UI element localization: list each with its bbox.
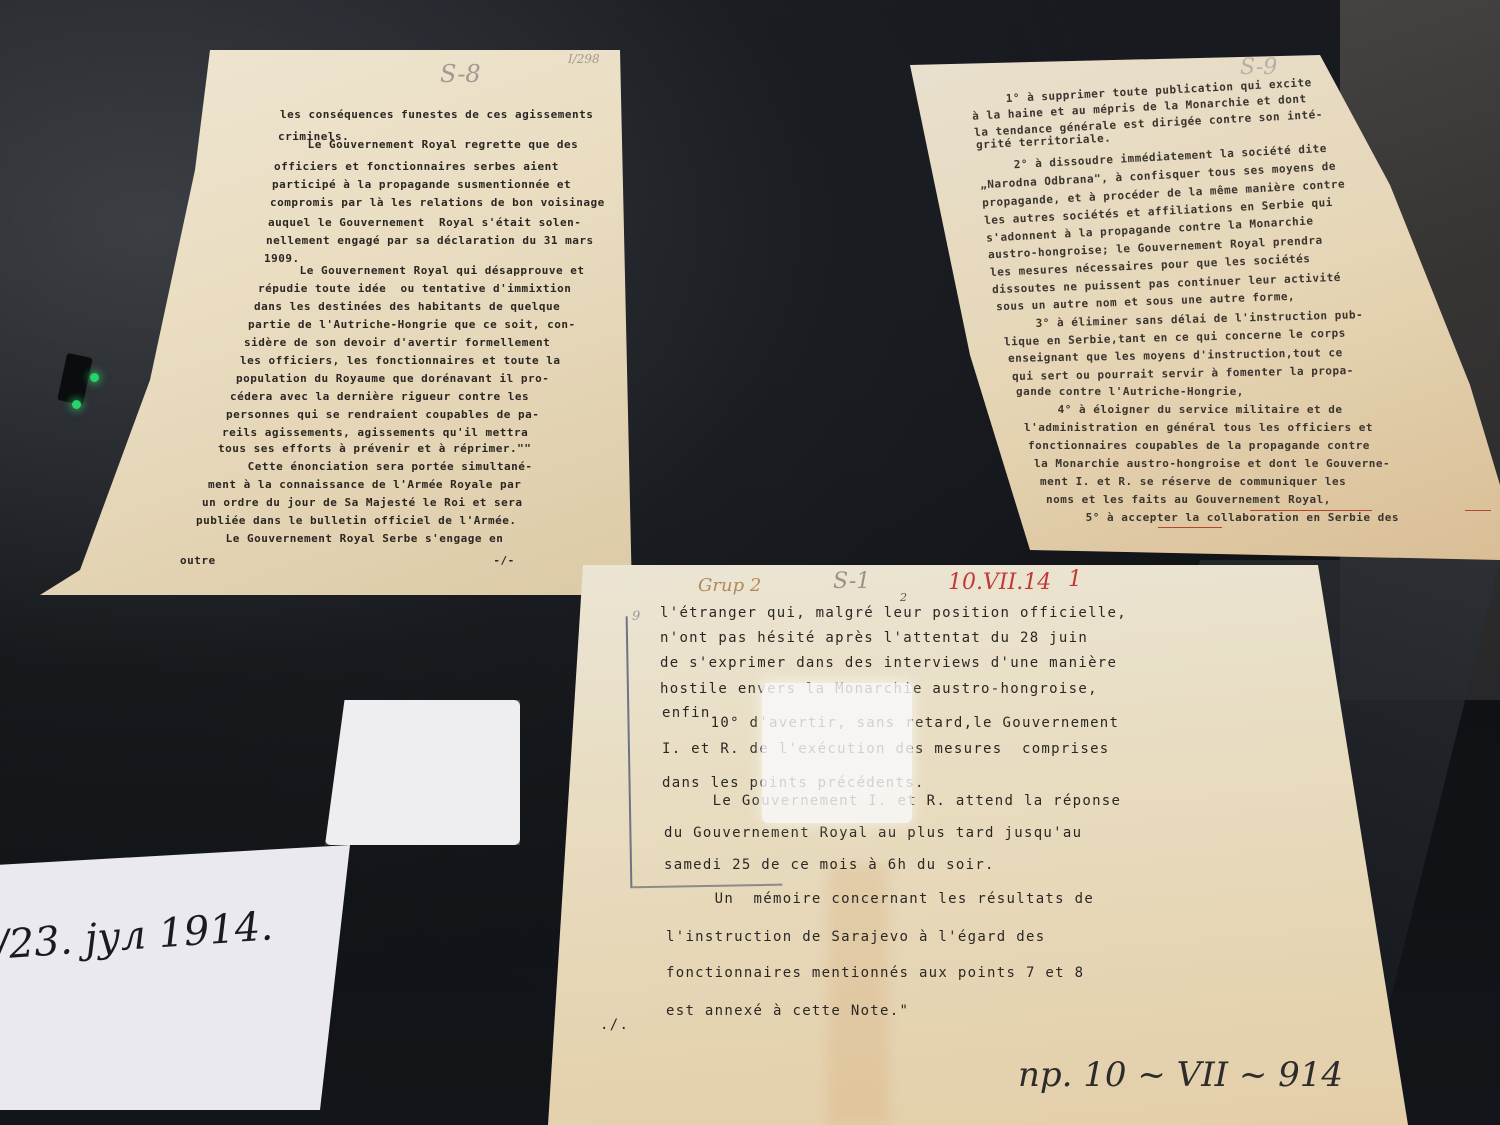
text-line: de s'exprimer dans des interviews d'une … — [660, 655, 1117, 671]
exhibit-date-label: /23. јул 1914. — [0, 845, 355, 1110]
group-annotation: Grup 2 — [698, 575, 761, 596]
text-line: enseignant que les moyens d'instruction,… — [1008, 346, 1343, 365]
folio-annotation: S-9 — [1240, 55, 1277, 80]
text-line: personnes qui se rendraient coupables de… — [226, 408, 539, 421]
green-led-icon — [90, 373, 99, 382]
text-line: Un mémoire concernant les résultats de — [666, 891, 1094, 907]
text-line: tous ses efforts à prévenir et à réprime… — [218, 442, 531, 455]
text-line: est annexé à cette Note." — [666, 1003, 909, 1019]
folio-annotation: S-1 — [833, 569, 870, 594]
text-line: Le Gouvernement Royal regrette que des — [272, 138, 578, 151]
text-line: Cette énonciation sera portée simultané- — [212, 460, 533, 473]
text-line: l'administration en général tous les off… — [1024, 421, 1373, 434]
text-line: l'instruction de Sarajevo à l'égard des — [666, 929, 1045, 945]
text-line: ment I. et R. se réserve de communiquer … — [1040, 475, 1346, 488]
handwritten-signature: np. 10 ~ VII ~ 914 — [1018, 1055, 1343, 1095]
red-date-annotation: 10.VII.14 — [948, 570, 1051, 595]
text-line: la Monarchie austro-hongroise et dont le… — [1034, 457, 1390, 470]
text-line: compromis par là les relations de bon vo… — [270, 196, 605, 209]
text-line: n'ont pas hésité après l'attentat du 28 … — [660, 630, 1088, 646]
folio-annotation: S-8 — [440, 60, 481, 88]
small-number: 2 — [900, 591, 907, 604]
text-line: samedi 25 de ce mois à 6h du soir. — [664, 857, 995, 873]
text-line: sidère de son devoir d'avertir formellem… — [244, 336, 550, 349]
text-line: fonctionnaires coupables de la propagand… — [1028, 439, 1370, 452]
text-line: auquel le Gouvernement Royal s'était sol… — [268, 216, 581, 229]
text-line: l'étranger qui, malgré leur position off… — [660, 605, 1127, 621]
margin-number: 9 — [632, 609, 640, 624]
text-line: dans les destinées des habitants de quel… — [254, 300, 560, 313]
text-line: lique en Serbie,tant en ce qui concerne … — [1004, 327, 1346, 349]
red-underline — [1465, 510, 1491, 511]
text-line: participé à la propagande susmentionnée … — [272, 178, 571, 191]
text-line: officiers et fonctionnaires serbes aient — [274, 160, 559, 173]
text-line: ment à la connaissance de l'Armée Royale… — [208, 478, 521, 491]
text-line: les conséquences funestes de ces agissem… — [280, 108, 593, 121]
text-line: Le Gouvernement Royal qui désapprouve et — [264, 264, 585, 277]
text-line: outre -/- — [180, 554, 515, 567]
text-line: Le Gouvernement Royal Serbe s'engage en — [190, 532, 503, 545]
text-line: publiée dans le bulletin officiel de l'A… — [196, 514, 517, 527]
text-line: les officiers, les fonctionnaires et tou… — [240, 354, 561, 367]
archive-number: I/298 — [568, 52, 600, 66]
red-underline — [1158, 527, 1222, 528]
text-line: un ordre du jour de Sa Majesté le Roi et… — [202, 496, 523, 509]
continuation-mark: ./. — [600, 1017, 629, 1033]
red-underline — [1250, 510, 1372, 511]
text-line: noms et les faits au Gouvernement Royal, — [1046, 493, 1331, 506]
text-line: population du Royaume que dorénavant il … — [236, 372, 549, 385]
text-line: reils agissements, agissements qu'il met… — [222, 426, 528, 439]
red-page-mark: 1 — [1068, 567, 1082, 592]
date-label-text: /23. јул 1914. — [0, 903, 274, 968]
text-line: nellement engagé par sa déclaration du 3… — [266, 234, 594, 247]
text-line: 4° à éloigner du service militaire et de — [1022, 403, 1343, 416]
text-line: 5° à accepter la collaboration en Serbie… — [1050, 511, 1399, 524]
text-line: fonctionnaires mentionnés aux points 7 e… — [666, 965, 1084, 981]
light-reflection — [762, 683, 912, 823]
green-led-icon — [72, 400, 81, 409]
text-line: cédera avec la dernière rigueur contre l… — [230, 390, 529, 403]
text-line: répudie toute idée ou tentative d'immixt… — [258, 282, 571, 295]
text-line: qui sert ou pourrait servir à fomenter l… — [1012, 364, 1354, 383]
document-page-bottom: Grup 2 S-1 2 10.VII.14 1 9 l'étranger qu… — [548, 565, 1408, 1125]
text-line: partie de l'Autriche-Hongrie que ce soit… — [248, 318, 576, 331]
text-line: du Gouvernement Royal au plus tard jusqu… — [664, 825, 1082, 841]
text-line: gande contre l'Autriche-Hongrie, — [1016, 385, 1244, 398]
light-reflection — [325, 700, 520, 845]
